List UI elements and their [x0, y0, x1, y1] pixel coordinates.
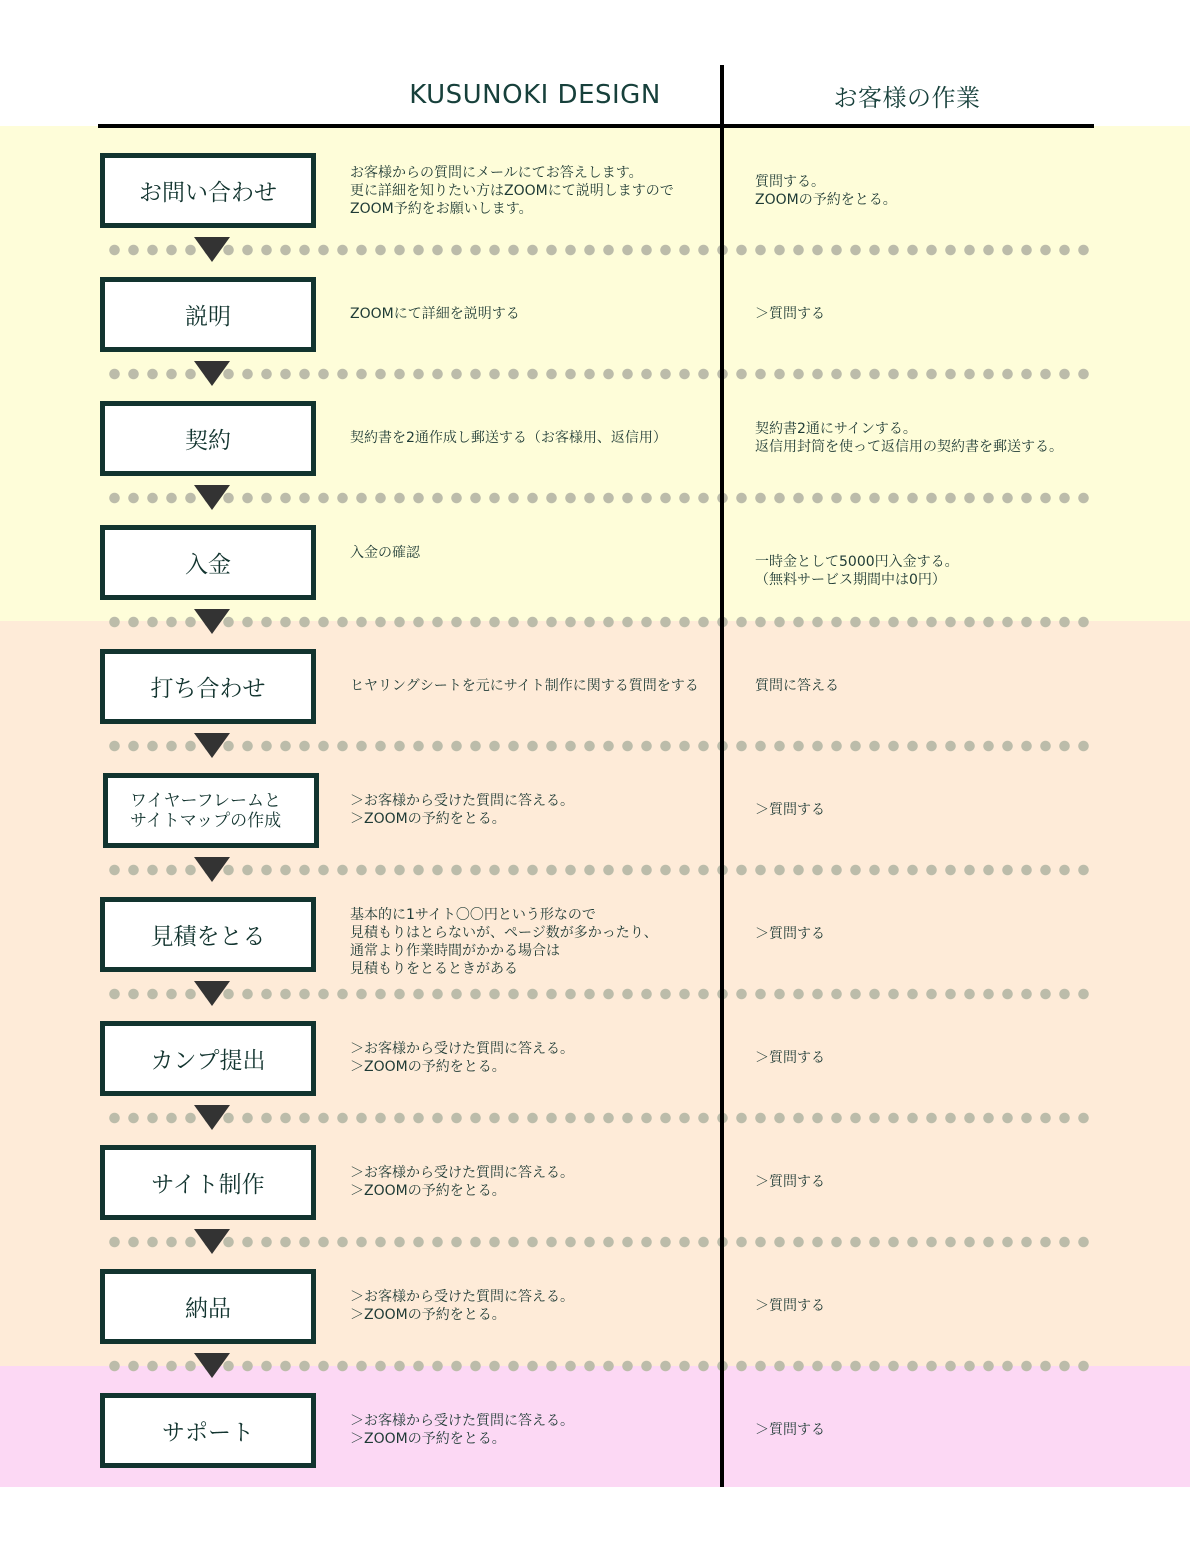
company-task-site-production: ＞お客様から受けた質問に答える。 ＞ZOOMの予約をとる。	[350, 1164, 710, 1200]
dotted-divider	[105, 988, 1095, 1000]
company-task-contract: 契約書を2通作成し郵送する（お客様用、返信用）	[350, 429, 710, 447]
step-box-payment: 入金	[100, 525, 316, 600]
down-arrow-icon	[194, 857, 230, 882]
down-arrow-icon	[194, 237, 230, 262]
column-divider	[720, 65, 724, 1487]
dotted-divider	[105, 864, 1095, 876]
dotted-divider	[105, 368, 1095, 380]
dotted-divider	[105, 616, 1095, 628]
customer-task-wireframe: ＞質問する	[755, 801, 1095, 819]
step-box-estimate: 見積をとる	[100, 897, 316, 972]
dotted-divider	[105, 492, 1095, 504]
header-divider	[98, 124, 1094, 128]
step-box-site-production: サイト制作	[100, 1145, 316, 1220]
step-box-comp-submission: カンプ提出	[100, 1021, 316, 1096]
customer-task-support: ＞質問する	[755, 1421, 1095, 1439]
dotted-divider	[105, 740, 1095, 752]
down-arrow-icon	[194, 361, 230, 386]
customer-task-estimate: ＞質問する	[755, 925, 1095, 943]
customer-task-explanation: ＞質問する	[755, 305, 1095, 323]
customer-task-inquiry: 質問する。 ZOOMの予約をとる。	[755, 173, 1095, 209]
customer-task-meeting: 質問に答える	[755, 677, 1095, 695]
step-box-support: サポート	[100, 1393, 316, 1468]
company-column-title: KUSUNOKI DESIGN	[409, 80, 661, 110]
step-box-delivery: 納品	[100, 1269, 316, 1344]
dotted-divider	[105, 1236, 1095, 1248]
dotted-divider	[105, 1360, 1095, 1372]
customer-task-delivery: ＞質問する	[755, 1297, 1095, 1315]
step-box-inquiry: お問い合わせ	[100, 153, 316, 228]
down-arrow-icon	[194, 981, 230, 1006]
company-task-comp-submission: ＞お客様から受けた質問に答える。 ＞ZOOMの予約をとる。	[350, 1040, 710, 1076]
step-box-explanation: 説明	[100, 277, 316, 352]
company-task-inquiry: お客様からの質問にメールにてお答えします。 更に詳細を知りたい方はZOOMにて説…	[350, 164, 710, 218]
step-box-wireframe: ワイヤーフレームと サイトマップの作成	[103, 773, 319, 848]
company-task-estimate: 基本的に1サイト〇〇円という形なので 見積もりはとらないが、ページ数が多かったり…	[350, 906, 710, 978]
step-box-meeting: 打ち合わせ	[100, 649, 316, 724]
company-task-wireframe: ＞お客様から受けた質問に答える。 ＞ZOOMの予約をとる。	[350, 792, 710, 828]
step-box-contract: 契約	[100, 401, 316, 476]
company-task-support: ＞お客様から受けた質問に答える。 ＞ZOOMの予約をとる。	[350, 1412, 710, 1448]
customer-column-title: お客様の作業	[834, 78, 981, 113]
customer-task-contract: 契約書2通にサインする。 返信用封筒を使って返信用の契約書を郵送する。	[755, 420, 1095, 456]
company-task-delivery: ＞お客様から受けた質問に答える。 ＞ZOOMの予約をとる。	[350, 1288, 710, 1324]
down-arrow-icon	[194, 1105, 230, 1130]
customer-task-site-production: ＞質問する	[755, 1173, 1095, 1191]
down-arrow-icon	[194, 485, 230, 510]
customer-task-payment: 一時金として5000円入金する。 （無料サービス期間中は0円）	[755, 553, 1095, 589]
company-task-meeting: ヒヤリングシートを元にサイト制作に関する質問をする	[350, 677, 720, 695]
dotted-divider	[105, 1112, 1095, 1124]
dotted-divider	[105, 244, 1095, 256]
down-arrow-icon	[194, 609, 230, 634]
company-task-explanation: ZOOMにて詳細を説明する	[350, 305, 710, 323]
down-arrow-icon	[194, 1229, 230, 1254]
down-arrow-icon	[194, 733, 230, 758]
down-arrow-icon	[194, 1353, 230, 1378]
customer-task-comp-submission: ＞質問する	[755, 1049, 1095, 1067]
company-task-payment: 入金の確認	[350, 544, 710, 562]
